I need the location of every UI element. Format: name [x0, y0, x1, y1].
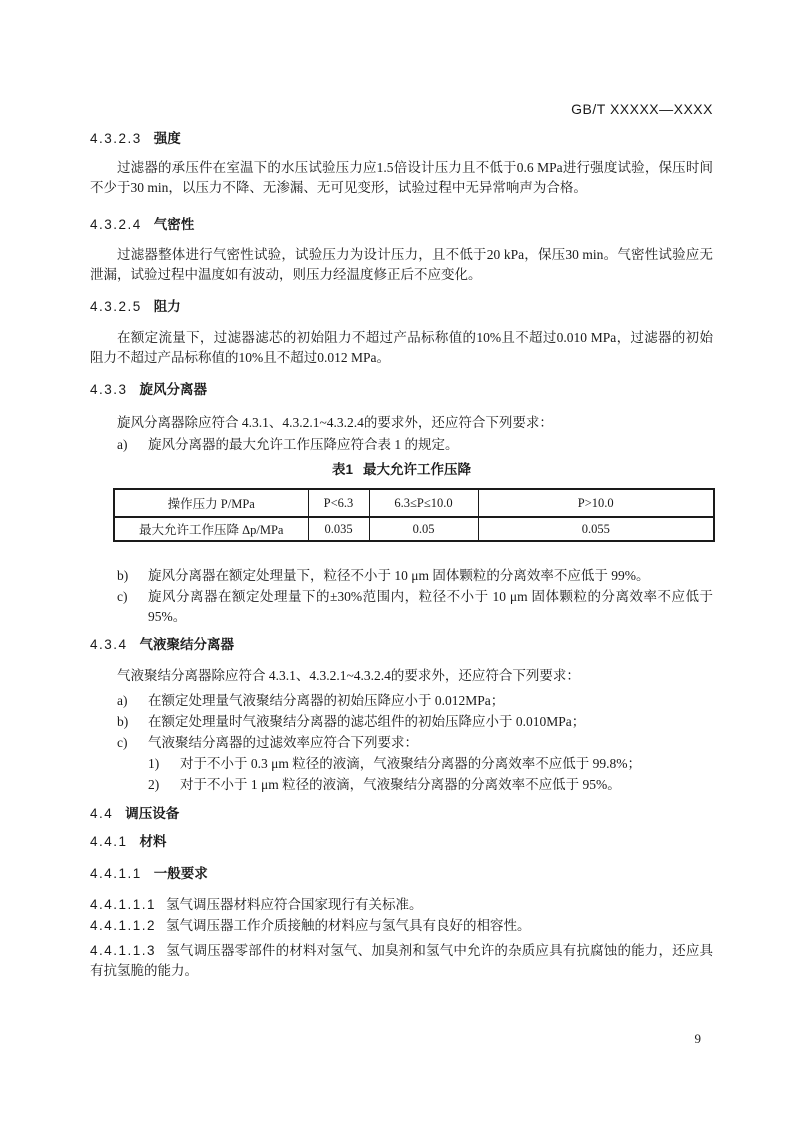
list-item-a: a) 旋风分离器的最大允许工作压降应符合表 1 的规定。: [117, 435, 713, 455]
paragraph-cyclone-intro: 旋风分离器除应符合 4.3.1、4.3.2.1~4.3.2.4的要求外，还应符合…: [90, 413, 713, 433]
heading-4-3-2-5: 4.3.2.5阻力: [90, 298, 713, 316]
table-cell: 0.055: [478, 517, 714, 541]
list-item-b: b) 在额定处理量时气液聚结分离器的滤芯组件的初始压降应小于 0.010MPa；: [117, 712, 713, 732]
heading-title: 气液聚结分离器: [140, 637, 235, 652]
table-caption-number: 表1: [332, 462, 353, 477]
heading-number: 4.4.1.1: [90, 866, 142, 881]
heading-4-3-2-3: 4.3.2.3强度: [90, 130, 713, 148]
heading-number: 4.3.3: [90, 382, 128, 397]
table-cell: P>10.0: [478, 489, 714, 517]
heading-title: 调压设备: [125, 806, 179, 821]
sub-list-item-1: 1) 对于不小于 0.3 μm 粒径的液滴，气液聚结分离器的分离效率不应低于 9…: [148, 754, 713, 774]
list-item-label: a): [117, 691, 148, 711]
clause-text: 氢气调压器零部件的材料对氢气、加臭剂和氢气中允许的杂质应具有抗腐蚀的能力，还应具…: [90, 943, 713, 978]
paragraph-resistance: 在额定流量下，过滤器滤芯的初始阻力不超过产品标称值的10%且不超过0.010 M…: [90, 328, 713, 368]
table-cell: 操作压力 P/MPa: [114, 489, 308, 517]
clause-4-4-1-1-1: 4.4.1.1.1氢气调压器材料应符合国家现行有关标准。: [90, 895, 713, 915]
table-cell: P<6.3: [308, 489, 369, 517]
table-cell: 6.3≤P≤10.0: [369, 489, 478, 517]
list-item-c: c) 气液聚结分离器的过滤效率应符合下列要求：: [117, 733, 713, 753]
clause-number: 4.4.1.1.1: [90, 897, 156, 912]
heading-title: 强度: [154, 131, 181, 146]
list-item-text: 旋风分离器在额定处理量下的±30%范围内，粒径不小于 10 μm 固体颗粒的分离…: [148, 587, 713, 627]
heading-4-4: 4.4调压设备: [90, 805, 713, 823]
list-item-b: b) 旋风分离器在额定处理量下，粒径不小于 10 μm 固体颗粒的分离效率不应低…: [117, 566, 713, 586]
list-item-c: c) 旋风分离器在额定处理量下的±30%范围内，粒径不小于 10 μm 固体颗粒…: [117, 587, 713, 627]
list-item-label: 2): [148, 775, 180, 795]
clause-number: 4.4.1.1.2: [90, 918, 156, 933]
list-item-label: a): [117, 435, 148, 455]
clause-4-4-1-1-3: 4.4.1.1.3氢气调压器零部件的材料对氢气、加臭剂和氢气中允许的杂质应具有抗…: [90, 941, 713, 981]
list-item-label: c): [117, 733, 148, 753]
list-item-label: c): [117, 587, 148, 627]
heading-4-3-2-4: 4.3.2.4气密性: [90, 216, 713, 234]
heading-number: 4.3.2.4: [90, 217, 142, 232]
heading-4-3-3: 4.3.3旋风分离器: [90, 381, 713, 399]
heading-4-3-4: 4.3.4气液聚结分离器: [90, 636, 713, 654]
list-item-text: 对于不小于 0.3 μm 粒径的液滴，气液聚结分离器的分离效率不应低于 99.8…: [180, 754, 713, 774]
clause-text: 氢气调压器材料应符合国家现行有关标准。: [166, 897, 423, 912]
heading-4-4-1-1: 4.4.1.1一般要求: [90, 865, 713, 883]
table-max-pressure-drop: 操作压力 P/MPa P<6.3 6.3≤P≤10.0 P>10.0 最大允许工…: [113, 488, 715, 542]
document-page: GB/T XXXXX—XXXX 4.3.2.3强度 过滤器的承压件在室温下的水压…: [0, 0, 794, 1123]
table-row: 最大允许工作压降 Δp/MPa 0.035 0.05 0.055: [114, 517, 714, 541]
page-number: 9: [695, 1031, 702, 1047]
clause-number: 4.4.1.1.3: [90, 943, 156, 958]
heading-title: 气密性: [154, 217, 195, 232]
heading-number: 4.4.1: [90, 834, 128, 849]
list-item-label: b): [117, 712, 148, 732]
list-item-a: a) 在额定处理量气液聚结分离器的初始压降应小于 0.012MPa；: [117, 691, 713, 711]
list-item-text: 对于不小于 1 μm 粒径的液滴，气液聚结分离器的分离效率不应低于 95%。: [180, 775, 713, 795]
list-item-label: 1): [148, 754, 180, 774]
heading-number: 4.3.2.3: [90, 131, 142, 146]
paragraph-strength: 过滤器的承压件在室温下的水压试验压力应1.5倍设计压力且不低于0.6 MPa进行…: [90, 158, 713, 198]
heading-title: 材料: [140, 834, 167, 849]
clause-4-4-1-1-2: 4.4.1.1.2氢气调压器工作介质接触的材料应与氢气具有良好的相容性。: [90, 916, 713, 936]
table-cell: 0.05: [369, 517, 478, 541]
table-row: 操作压力 P/MPa P<6.3 6.3≤P≤10.0 P>10.0: [114, 489, 714, 517]
list-item-label: b): [117, 566, 148, 586]
table-caption: 表1最大允许工作压降: [90, 461, 713, 479]
list-item-text: 旋风分离器的最大允许工作压降应符合表 1 的规定。: [148, 435, 713, 455]
table-cell: 0.035: [308, 517, 369, 541]
heading-title: 旋风分离器: [140, 382, 208, 397]
paragraph-coalescer-intro: 气液聚结分离器除应符合 4.3.1、4.3.2.1~4.3.2.4的要求外，还应…: [90, 666, 713, 686]
heading-number: 4.4: [90, 806, 113, 821]
clause-text: 氢气调压器工作介质接触的材料应与氢气具有良好的相容性。: [166, 918, 531, 933]
heading-title: 一般要求: [154, 866, 208, 881]
table-cell: 最大允许工作压降 Δp/MPa: [114, 517, 308, 541]
list-item-text: 气液聚结分离器的过滤效率应符合下列要求：: [148, 733, 713, 753]
list-item-text: 在额定处理量气液聚结分离器的初始压降应小于 0.012MPa；: [148, 691, 713, 711]
table-caption-title: 最大允许工作压降: [363, 462, 471, 477]
heading-4-4-1: 4.4.1材料: [90, 833, 713, 851]
doc-header: GB/T XXXXX—XXXX: [90, 100, 713, 118]
heading-number: 4.3.2.5: [90, 299, 142, 314]
list-item-text: 在额定处理量时气液聚结分离器的滤芯组件的初始压降应小于 0.010MPa；: [148, 712, 713, 732]
list-item-text: 旋风分离器在额定处理量下，粒径不小于 10 μm 固体颗粒的分离效率不应低于 9…: [148, 566, 713, 586]
sub-list-item-2: 2) 对于不小于 1 μm 粒径的液滴，气液聚结分离器的分离效率不应低于 95%…: [148, 775, 713, 795]
paragraph-airtightness: 过滤器整体进行气密性试验，试验压力为设计压力，且不低于20 kPa，保压30 m…: [90, 245, 713, 285]
heading-title: 阻力: [154, 299, 181, 314]
heading-number: 4.3.4: [90, 637, 128, 652]
